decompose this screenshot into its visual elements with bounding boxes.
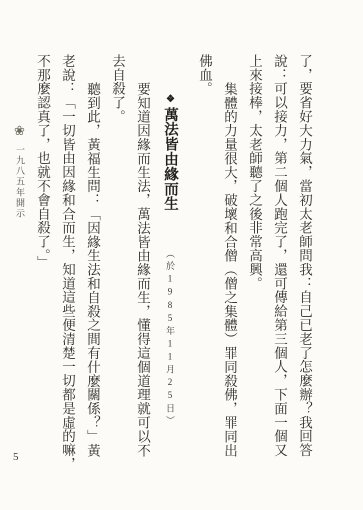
text-column: 聽到此，黃福生問：﹁因緣生法和自殺之間有什麼關係？﹂黃: [80, 54, 105, 478]
text-column: 說：可以接力，第二個人跑完了，還可傳給第三個人，下面一個又: [267, 54, 292, 478]
text-column: 佛血。: [192, 54, 217, 478]
book-page: 了，要省好大力氣，當初太老師問我：自己已老了怎麼辦？我回答 說：可以接力，第二個…: [0, 0, 363, 510]
text-column: 要知道因緣而生法，萬法皆由緣而生，懂得這個道理就可以不: [130, 54, 155, 478]
section-marker-icon: ❖: [165, 94, 176, 107]
text-column: 集體的力量很大，破壞和合僧︵僧之集體︶罪同殺佛，罪同出: [217, 54, 242, 478]
text-column: 老說：﹁一切皆由因緣和合而生，知道這些便清楚一切都是虛的嘛，: [55, 54, 80, 478]
page-number: 5: [13, 451, 19, 463]
text-column: 了，要省好大力氣，當初太老師問我：自己已老了怎麼辦？我回答: [292, 54, 317, 478]
text-column: 去自殺了。: [105, 54, 130, 478]
section-heading: ❖萬法皆由緣而生︵於1985年11月25日︶: [157, 54, 183, 478]
margin-column: ❀一九八五年開示: [12, 124, 28, 264]
text-column: 上來接棒，太老師聽了之後非常高興。: [242, 54, 267, 478]
text-column: 不那麼認真了，也就不會自殺了。﹂: [30, 54, 55, 478]
text-area: 了，要省好大力氣，當初太老師問我：自己已老了怎麼辦？我回答 說：可以接力，第二個…: [30, 54, 317, 478]
section-date: ︵於1985年11月25日︶: [157, 249, 182, 428]
section-title: 萬法皆由緣而生: [162, 107, 178, 211]
year-label: 一九八五年開示: [12, 145, 28, 219]
rosette-icon: ❀: [13, 124, 28, 139]
